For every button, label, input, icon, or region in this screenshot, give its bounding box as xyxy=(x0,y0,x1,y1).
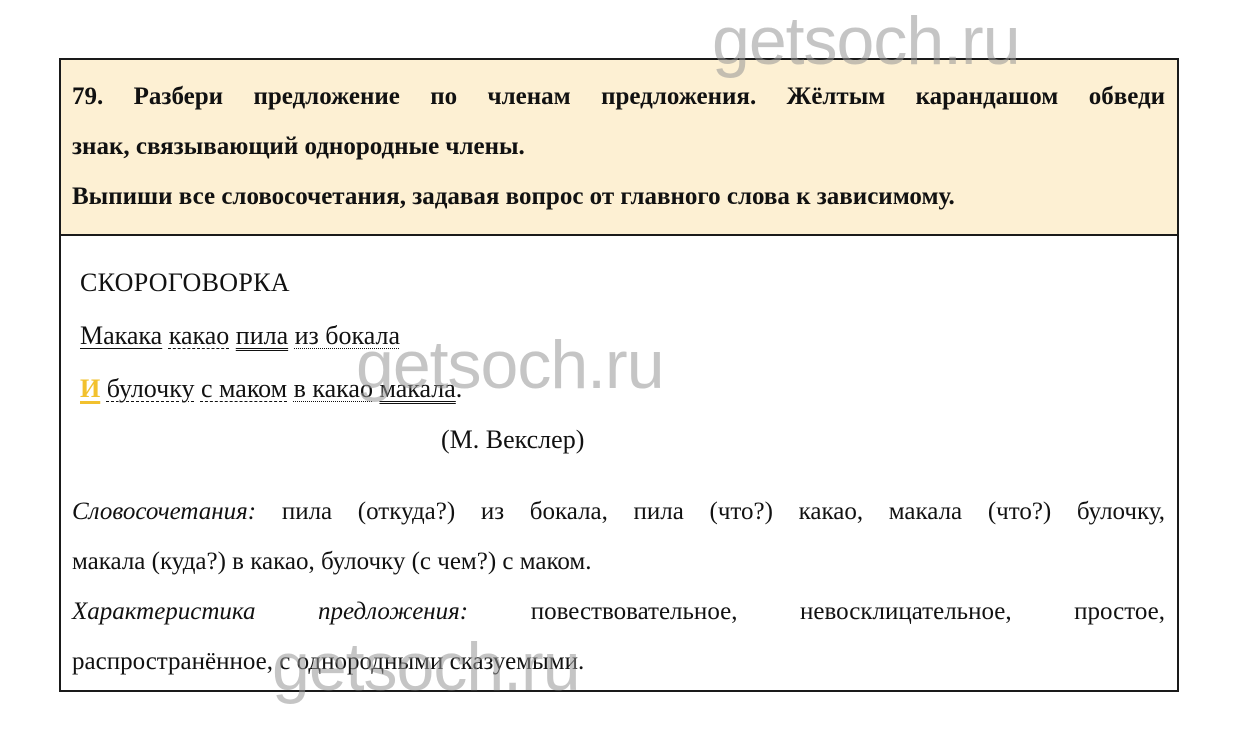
task-line-1: 79. Разбери предложение по членам предло… xyxy=(72,72,1165,122)
poem-title: СКОРОГОВОРКА xyxy=(80,256,1177,309)
object-word: булочку xyxy=(107,374,195,403)
adverbial-phrase: из бокала xyxy=(295,321,400,350)
poem-line-2: И булочку с маком в какао макала. xyxy=(80,362,1177,415)
object-word: какао xyxy=(169,321,230,350)
predicate-word: пила xyxy=(236,321,288,350)
poem-block: СКОРОГОВОРКА Макака какао пила из бокала… xyxy=(61,236,1177,465)
answers-block: Словосочетания: пила (откуда?) из бокала… xyxy=(61,465,1177,687)
task-header: 79. Разбери предложение по членам предло… xyxy=(61,60,1177,236)
phrases-line-2: макала (куда?) в какао, булочку (с чем?)… xyxy=(72,537,1165,587)
conjunction-highlight: И xyxy=(80,374,100,403)
phrases-label: Словосочетания: xyxy=(72,498,256,525)
poem-line-1: Макака какао пила из бокала xyxy=(80,309,1177,362)
poem-author: (М. Векслер) xyxy=(80,415,1177,465)
adverbial-phrase: в какао xyxy=(294,374,373,403)
predicate-word: макала xyxy=(379,374,455,403)
exercise-card: 79. Разбери предложение по членам предло… xyxy=(59,58,1179,692)
task-line-3: Выпиши все словосочетания, задавая вопро… xyxy=(72,172,1165,222)
characteristic-label: Характеристика предложения: xyxy=(72,598,468,625)
task-line-2: знак, связывающий однородные члены. xyxy=(72,122,1165,172)
characteristic-line-1: Характеристика предложения: повествовате… xyxy=(72,587,1165,637)
characteristic-line-2: распространённое, с однородными сказуемы… xyxy=(72,637,1165,687)
task-number: 79. xyxy=(72,83,103,110)
phrases-line-1: Словосочетания: пила (откуда?) из бокала… xyxy=(72,487,1165,537)
object-phrase: с маком xyxy=(201,374,287,403)
subject-word: Макака xyxy=(80,321,162,350)
